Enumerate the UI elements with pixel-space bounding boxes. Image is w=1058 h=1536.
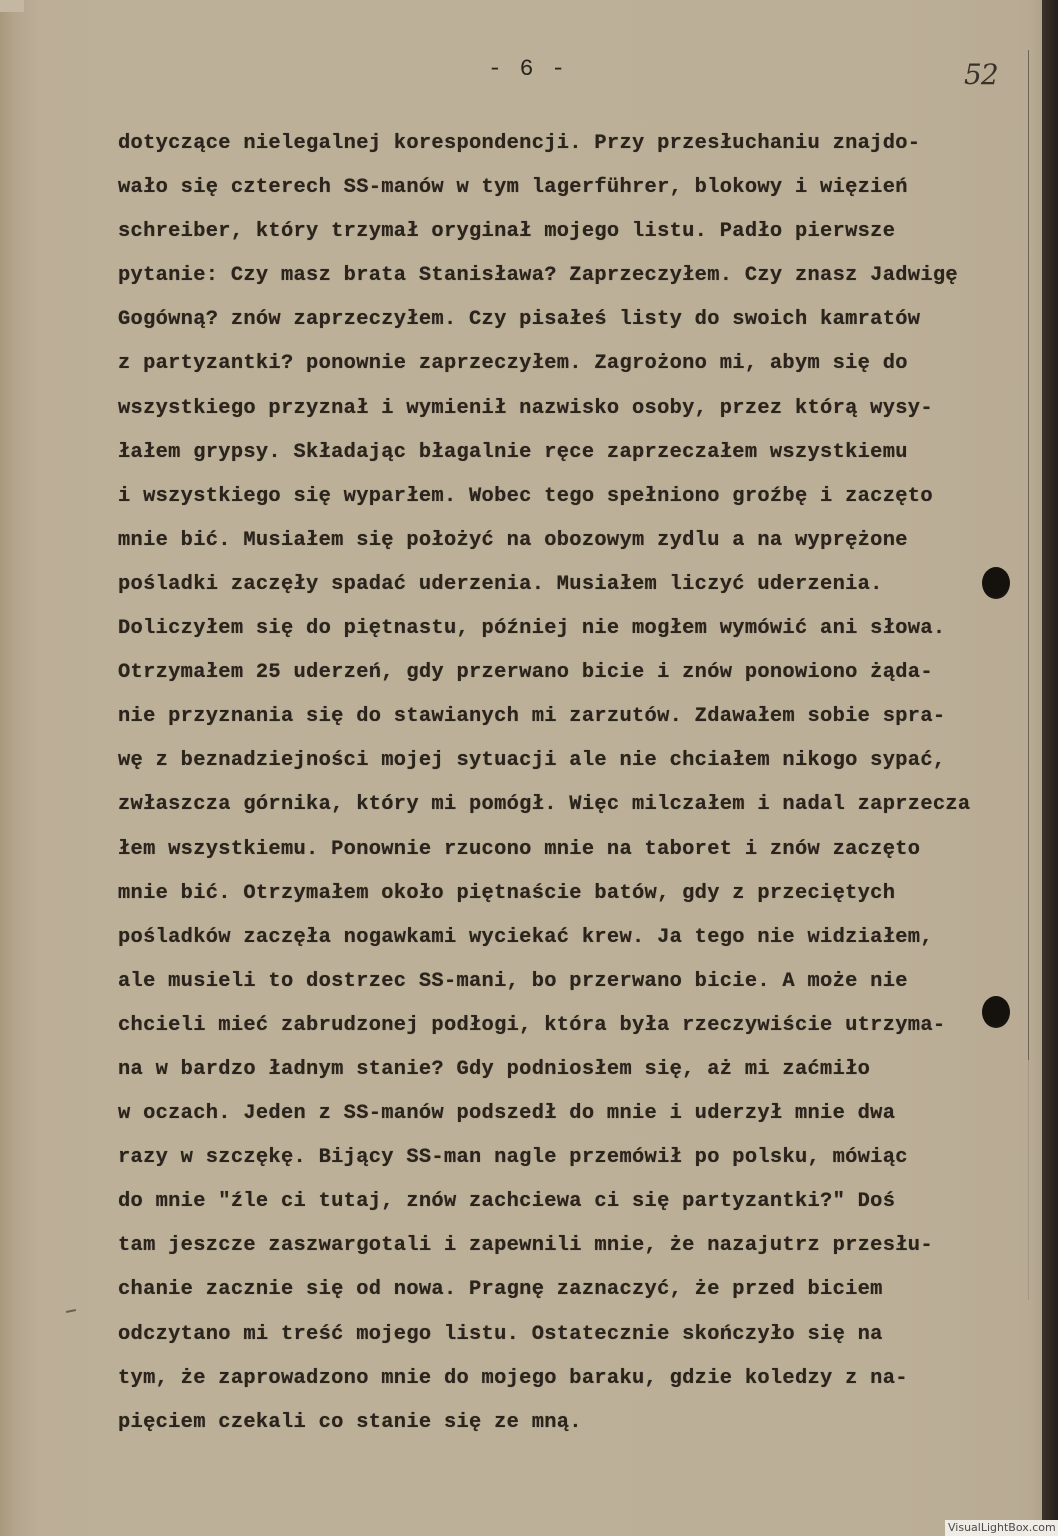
text-line: razy w szczękę. Bijący SS-man nagle prze… bbox=[118, 1146, 1038, 1190]
text-line: pośladków zaczęła nogawkami wyciekać kre… bbox=[118, 926, 1038, 970]
watermark: VisualLightBox.com bbox=[945, 1520, 1058, 1536]
handwritten-folio-number: 52 bbox=[964, 58, 998, 91]
text-line: wę z beznadziejności mojej sytuacji ale … bbox=[118, 749, 1038, 793]
text-line: ale musieli to dostrzec SS-mani, bo prze… bbox=[118, 970, 1038, 1014]
text-line: pośladki zaczęły spadać uderzenia. Musia… bbox=[118, 573, 1038, 617]
text-line: łałem grypsy. Składając błagalnie ręce z… bbox=[118, 441, 1038, 485]
text-line: i wszystkiego się wyparłem. Wobec tego s… bbox=[118, 485, 1038, 529]
text-line: chcieli mieć zabrudzonej podłogi, która … bbox=[118, 1014, 1038, 1058]
text-line: zwłaszcza górnika, który mi pomógł. Więc… bbox=[118, 793, 1038, 837]
page-number: - 6 - bbox=[488, 56, 567, 82]
punch-hole-icon bbox=[982, 996, 1010, 1028]
text-line: schreiber, który trzymał oryginał mojego… bbox=[118, 220, 1038, 264]
text-line: łem wszystkiemu. Ponownie rzucono mnie n… bbox=[118, 838, 1038, 882]
text-line: odczytano mi treść mojego listu. Ostatec… bbox=[118, 1323, 1038, 1367]
text-line: pytanie: Czy masz brata Stanisława? Zapr… bbox=[118, 264, 1038, 308]
text-line: Otrzymałem 25 uderzeń, gdy przerwano bic… bbox=[118, 661, 1038, 705]
scan-border bbox=[1042, 0, 1058, 1536]
text-line: chanie zacznie się od nowa. Pragnę zazna… bbox=[118, 1278, 1038, 1322]
text-line: pięciem czekali co stanie się ze mną. bbox=[118, 1411, 1038, 1455]
punch-hole-icon bbox=[982, 567, 1010, 599]
text-line: wszystkiego przyznał i wymienił nazwisko… bbox=[118, 397, 1038, 441]
text-line: mnie bić. Otrzymałem około piętnaście ba… bbox=[118, 882, 1038, 926]
text-line: wało się czterech SS-manów w tym lagerfü… bbox=[118, 176, 1038, 220]
text-line: Gogówną? znów zaprzeczyłem. Czy pisałeś … bbox=[118, 308, 1038, 352]
text-line: dotyczące nielegalnej korespondencji. Pr… bbox=[118, 132, 1038, 176]
margin-pencil-mark bbox=[66, 1309, 76, 1313]
document-page: - 6 - 52 dotyczące nielegalnej korespond… bbox=[0, 0, 1042, 1536]
text-line: Doliczyłem się do piętnastu, później nie… bbox=[118, 617, 1038, 661]
text-line: do mnie "źle ci tutaj, znów zachciewa ci… bbox=[118, 1190, 1038, 1234]
text-line: tam jeszcze zaszwargotali i zapewnili mn… bbox=[118, 1234, 1038, 1278]
typewritten-body: dotyczące nielegalnej korespondencji. Pr… bbox=[118, 132, 1038, 1455]
text-line: tym, że zaprowadzono mnie do mojego bara… bbox=[118, 1367, 1038, 1411]
text-line: nie przyznania się do stawianych mi zarz… bbox=[118, 705, 1038, 749]
text-line: z partyzantki? ponownie zaprzeczyłem. Za… bbox=[118, 352, 1038, 396]
text-line: na w bardzo ładnym stanie? Gdy podniosłe… bbox=[118, 1058, 1038, 1102]
text-line: mnie bić. Musiałem się położyć na obozow… bbox=[118, 529, 1038, 573]
text-line: w oczach. Jeden z SS-manów podszedł do m… bbox=[118, 1102, 1038, 1146]
